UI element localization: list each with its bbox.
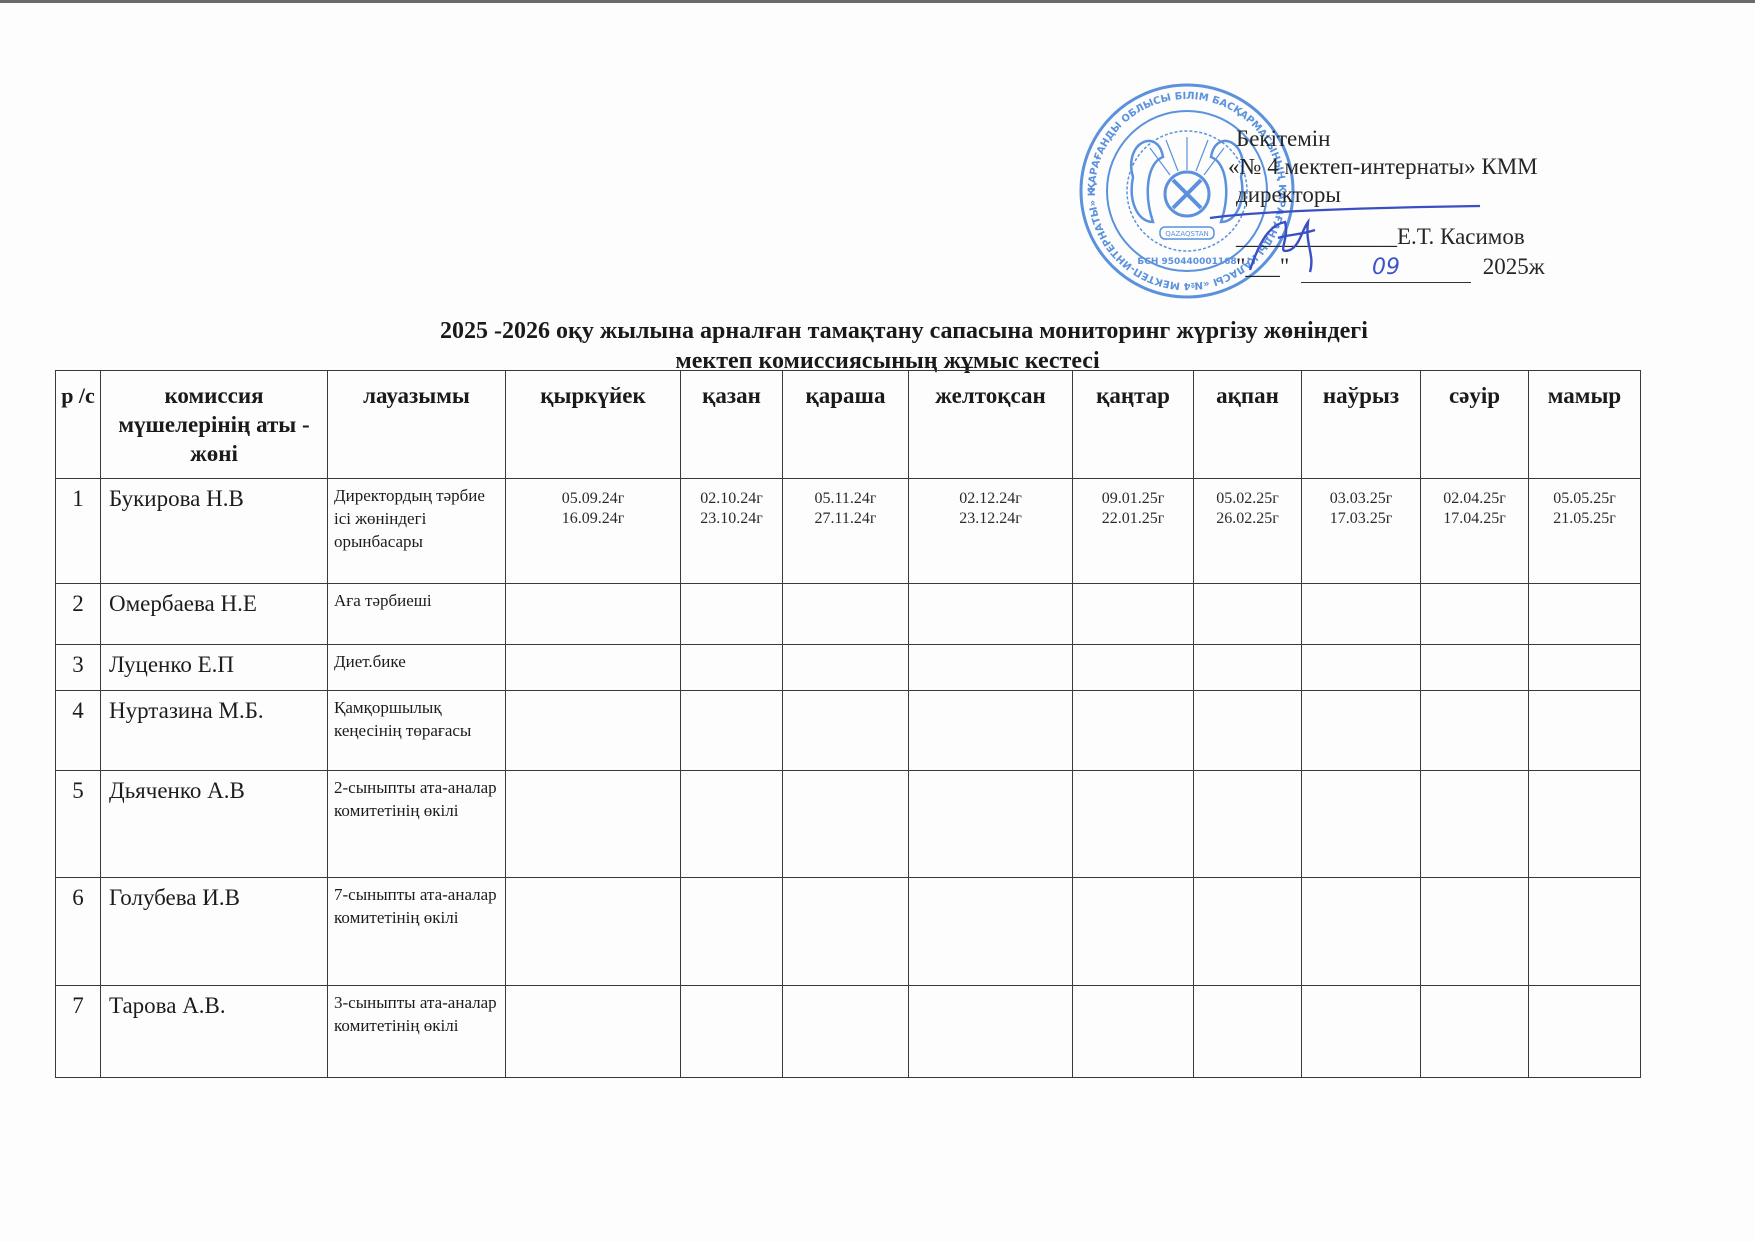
member-position: 2-сыныпты ата-аналар комитетінің өкілі [328,771,506,878]
monitoring-date-cell [681,645,783,691]
monitoring-date-cell [783,645,909,691]
monitoring-date-cell [506,878,681,986]
approval-institution: «№ 4 мектеп-интернаты» КММ [1228,153,1538,181]
header-september: қыркүйек [506,371,681,479]
signature-icon [1190,200,1510,280]
member-name: Дьяченко А.В [101,771,328,878]
header-october: қазан [681,371,783,479]
monitoring-date-cell [1302,691,1421,771]
monitoring-date-cell [1194,691,1302,771]
monitoring-date-cell [1421,645,1529,691]
row-number: 7 [56,986,101,1078]
monitoring-date-cell [506,986,681,1078]
table-row: 2Омербаева Н.ЕАға тәрбиеші [56,584,1641,645]
monitoring-date-cell [909,878,1073,986]
schedule-table: р /скомиссия мүшелерінің аты - жөнілауаз… [55,370,1641,1078]
monitoring-date-cell: 02.12.24г 23.12.24г [909,479,1073,584]
table-row: 3Луценко Е.ПДиет.бике [56,645,1641,691]
header-april: сәуір [1421,371,1529,479]
monitoring-date-cell [1073,986,1194,1078]
monitoring-date-cell [1302,584,1421,645]
monitoring-date-cell [1194,878,1302,986]
monitoring-date-cell [1529,645,1641,691]
monitoring-date-cell [1529,691,1641,771]
monitoring-date-cell [783,986,909,1078]
member-name: Букирова Н.В [101,479,328,584]
monitoring-date-cell [1194,771,1302,878]
header-number: р /с [56,371,101,479]
document-title-line1: 2025 -2026 оқу жылына арналған тамақтану… [440,318,1560,345]
row-number: 3 [56,645,101,691]
monitoring-date-cell [506,691,681,771]
monitoring-date-cell [681,878,783,986]
table-row: 5Дьяченко А.В2-сыныпты ата-аналар комите… [56,771,1641,878]
monitoring-date-cell [1073,771,1194,878]
member-position: Аға тәрбиеші [328,584,506,645]
monitoring-date-cell [1529,771,1641,878]
header-november: қараша [783,371,909,479]
member-position: Қамқоршылық кеңесінің төрағасы [328,691,506,771]
monitoring-date-cell [681,584,783,645]
header-member-name: комиссия мүшелерінің аты - жөні [101,371,328,479]
header-march: наўрыз [1302,371,1421,479]
monitoring-date-cell [783,691,909,771]
monitoring-date-cell: 02.10.24г 23.10.24г [681,479,783,584]
row-number: 5 [56,771,101,878]
member-position: 3-сыныпты ата-аналар комитетінің өкілі [328,986,506,1078]
member-name: Тарова А.В. [101,986,328,1078]
monitoring-date-cell: 05.11.24г 27.11.24г [783,479,909,584]
table-header-row: р /скомиссия мүшелерінің аты - жөнілауаз… [56,371,1641,479]
member-name: Омербаева Н.Е [101,584,328,645]
monitoring-date-cell [1421,691,1529,771]
monitoring-date-cell [506,771,681,878]
table-row: 6Голубева И.В7-сыныпты ата-аналар комите… [56,878,1641,986]
member-name: Нуртазина М.Б. [101,691,328,771]
monitoring-date-cell [909,645,1073,691]
monitoring-date-cell [1194,645,1302,691]
monitoring-date-cell: 02.04.25г 17.04.25г [1421,479,1529,584]
header-position: лауазымы [328,371,506,479]
monitoring-date-cell: 05.05.25г 21.05.25г [1529,479,1641,584]
approval-heading: Бекітемін [1236,125,1538,153]
scan-edge [0,0,1755,3]
row-number: 2 [56,584,101,645]
monitoring-date-cell [1421,878,1529,986]
monitoring-date-cell [681,691,783,771]
monitoring-date-cell [506,645,681,691]
table-row: 7Тарова А.В.3-сыныпты ата-аналар комитет… [56,986,1641,1078]
row-number: 4 [56,691,101,771]
monitoring-date-cell [783,771,909,878]
monitoring-date-cell [1302,878,1421,986]
member-position: Директордың тәрбие ісі жөніндегі орынбас… [328,479,506,584]
header-may: мамыр [1529,371,1641,479]
monitoring-date-cell [1529,986,1641,1078]
monitoring-date-cell [1421,986,1529,1078]
row-number: 1 [56,479,101,584]
monitoring-date-cell [1302,771,1421,878]
monitoring-date-cell [1421,771,1529,878]
monitoring-date-cell [1073,645,1194,691]
monitoring-date-cell [506,584,681,645]
table-row: 4Нуртазина М.Б.Қамқоршылық кеңесінің төр… [56,691,1641,771]
monitoring-date-cell [1073,584,1194,645]
monitoring-date-cell [1302,645,1421,691]
table-row: 1Букирова Н.ВДиректордың тәрбие ісі жөні… [56,479,1641,584]
approval-block: Бекітемін «№ 4 мектеп-интернаты» КММ дир… [1236,125,1538,209]
monitoring-date-cell [681,986,783,1078]
monitoring-date-cell [909,771,1073,878]
monitoring-date-cell [909,584,1073,645]
monitoring-date-cell [1194,584,1302,645]
member-position: Диет.бике [328,645,506,691]
monitoring-date-cell [1073,878,1194,986]
monitoring-date-cell [681,771,783,878]
monitoring-date-cell: 05.02.25г 26.02.25г [1194,479,1302,584]
header-february: ақпан [1194,371,1302,479]
monitoring-date-cell [1421,584,1529,645]
monitoring-date-cell [909,691,1073,771]
monitoring-date-cell [1073,691,1194,771]
row-number: 6 [56,878,101,986]
member-name: Голубева И.В [101,878,328,986]
monitoring-date-cell: 03.03.25г 17.03.25г [1302,479,1421,584]
monitoring-date-cell [909,986,1073,1078]
monitoring-date-cell: 05.09.24г 16.09.24г [506,479,681,584]
header-december: желтоқсан [909,371,1073,479]
member-name: Луценко Е.П [101,645,328,691]
monitoring-date-cell [783,878,909,986]
monitoring-date-cell [1302,986,1421,1078]
monitoring-date-cell [1529,584,1641,645]
monitoring-date-cell [1194,986,1302,1078]
monitoring-date-cell [1529,878,1641,986]
member-position: 7-сыныпты ата-аналар комитетінің өкілі [328,878,506,986]
monitoring-date-cell: 09.01.25г 22.01.25г [1073,479,1194,584]
monitoring-date-cell [783,584,909,645]
header-january: қаңтар [1073,371,1194,479]
